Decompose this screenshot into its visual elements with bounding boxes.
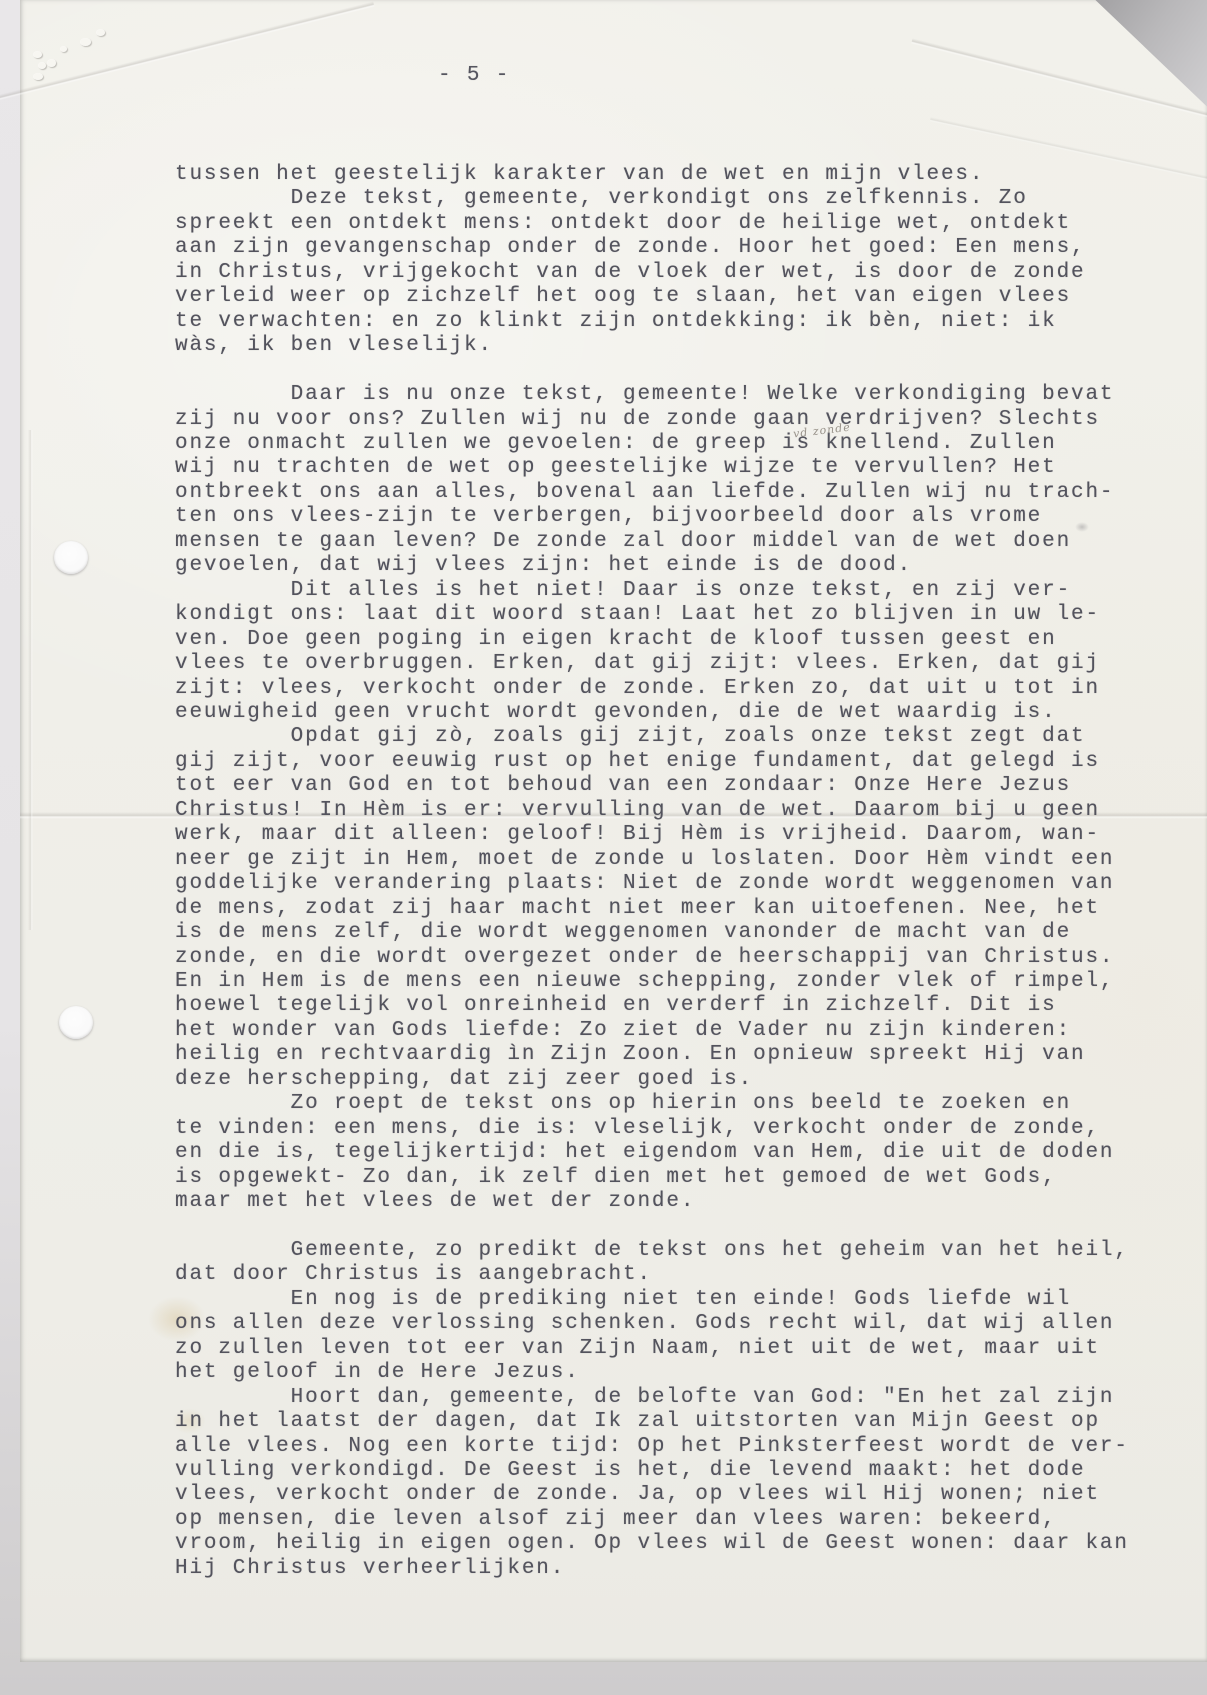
staple-mark	[38, 62, 46, 69]
staple-mark	[80, 38, 91, 46]
staple-mark	[60, 46, 67, 52]
typed-body-text: tussen het geestelijk karakter van de we…	[175, 163, 1129, 1581]
staple-mark	[33, 51, 42, 58]
staple-mark	[33, 73, 43, 80]
hole-punch-bottom	[59, 1006, 93, 1039]
staple-mark	[47, 59, 56, 67]
hole-punch-top	[54, 541, 88, 574]
crease-left-vertical	[28, 430, 33, 930]
staple-mark	[96, 29, 105, 36]
page-number: - 5 -	[438, 64, 510, 87]
